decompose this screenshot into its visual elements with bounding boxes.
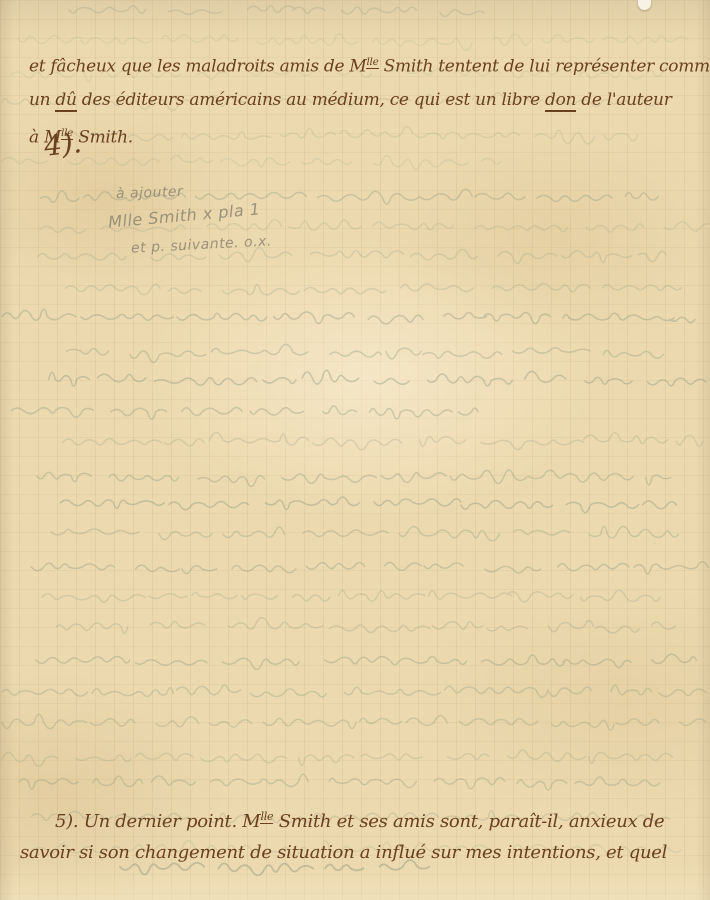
bleedthrough-line	[51, 526, 678, 541]
letter-page: et fâcheux que les maladroits amis de Ml…	[0, 0, 710, 900]
bleedthrough-line	[19, 774, 659, 790]
bleedthrough-line	[49, 370, 706, 386]
bleedthrough-line	[2, 714, 706, 730]
handwritten-line: 5). Un dernier point. Mlle Smith et ses …	[20, 801, 667, 837]
bleedthrough-line	[2, 685, 706, 697]
bleedthrough-line	[12, 406, 478, 419]
paragraph-bottom: 5). Un dernier point. Mlle Smith et ses …	[20, 801, 667, 868]
bleedthrough-line	[56, 618, 675, 634]
pencil-note-1: à ajouter	[116, 184, 184, 202]
section-marker-4: 4).	[42, 126, 83, 163]
bleedthrough-line	[69, 6, 484, 17]
bleedthrough-line	[66, 344, 663, 362]
bleedthrough-line	[65, 284, 681, 295]
bleedthrough-line	[37, 470, 671, 487]
handwritten-line: et fâcheux que les maladroits amis de Ml…	[29, 46, 710, 84]
handwritten-line: savoir si son changement de situation a …	[20, 837, 667, 868]
bleedthrough-line	[31, 562, 708, 574]
bleedthrough-line	[36, 654, 696, 669]
paragraph-top: et fâcheux que les maladroits amis de Ml…	[29, 46, 710, 154]
bleedthrough-line	[2, 750, 672, 766]
bleedthrough-line	[60, 497, 676, 513]
bleedthrough-line	[42, 590, 661, 602]
bleedthrough-line	[2, 309, 695, 324]
bleedthrough-line	[63, 433, 703, 450]
handwritten-line: un dû des éditeurs américains au médium,…	[29, 84, 710, 117]
handwritten-line: à Mlle Smith.	[29, 117, 710, 155]
